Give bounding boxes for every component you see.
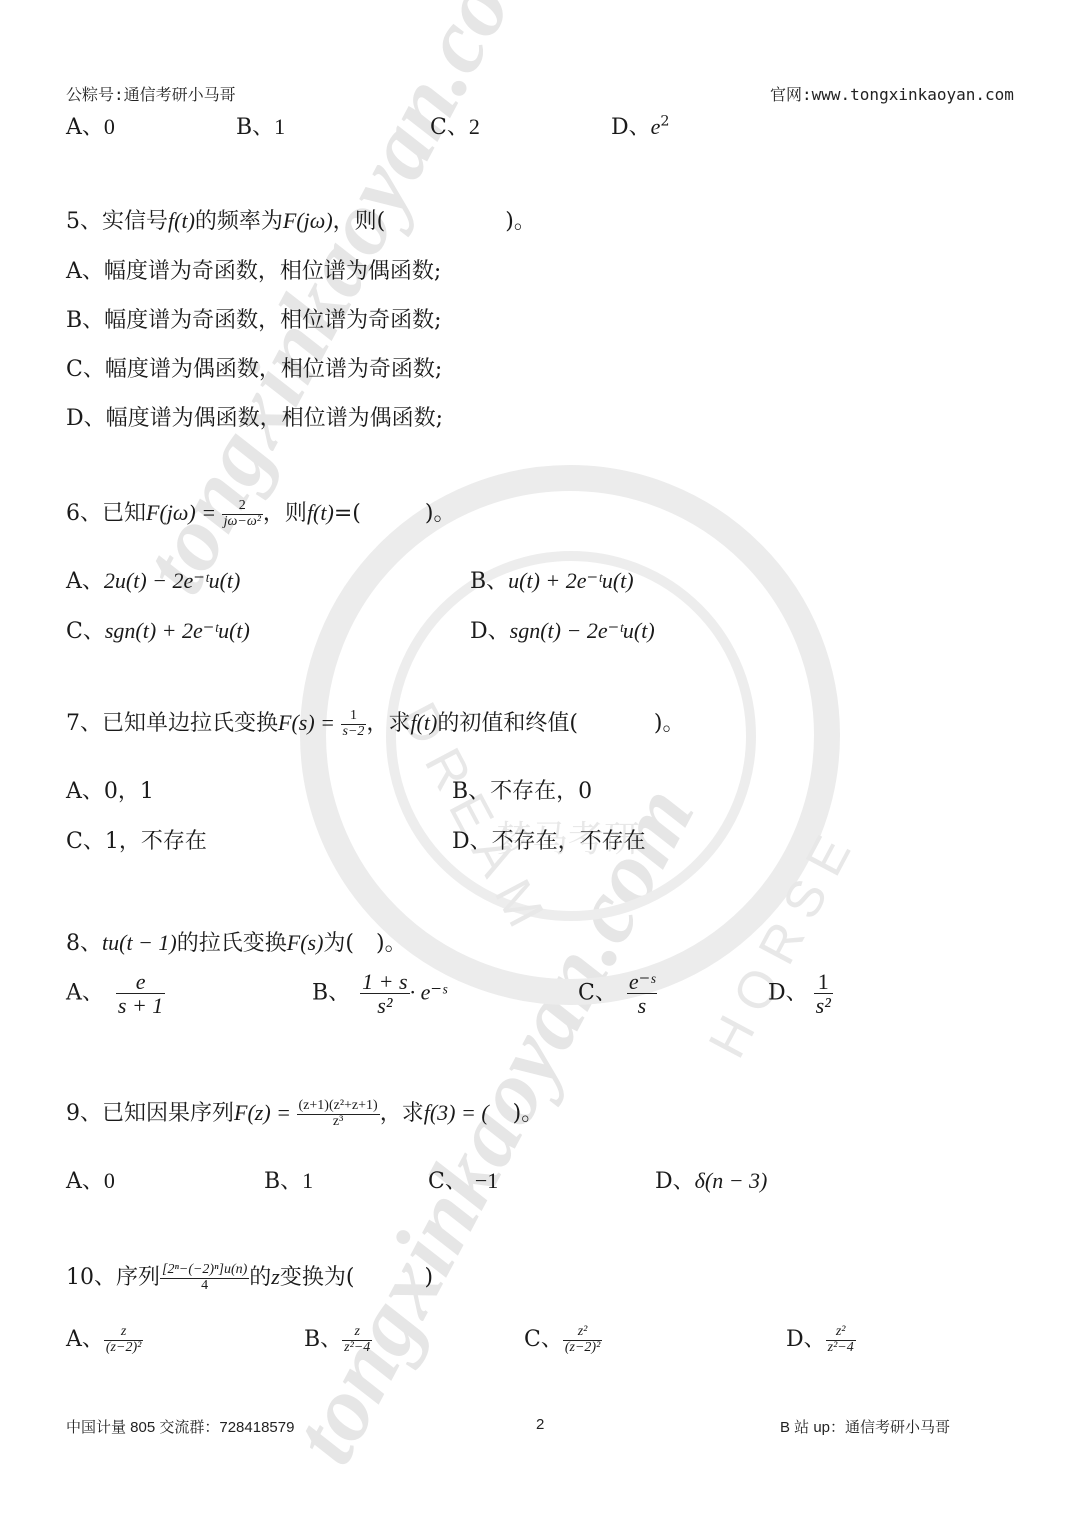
question-7: 7、已知单边拉氏变换F(s) = 1s−2，求f(t)的初值和终值()。 <box>66 706 685 739</box>
fraction-numerator: 2 <box>222 499 263 515</box>
math-fraction: zz²−4 <box>342 1325 372 1355</box>
option-label: A、 <box>66 115 104 140</box>
footer-left: 中国计量 805 交流群：728418579 <box>66 1416 294 1437</box>
q8-option-d: D、1s² <box>768 970 833 1017</box>
question-text: 变换为( <box>280 1265 355 1290</box>
math-expression: F(s) <box>287 930 324 955</box>
q9-option-d: D、δ(n − 3) <box>655 1164 767 1195</box>
question-text: ) <box>424 1265 433 1290</box>
fraction-numerator: (z+1)(z²+z+1) <box>297 1099 380 1115</box>
question-number: 5、 <box>66 209 102 234</box>
question-text: )。 <box>654 711 685 736</box>
question-text: )。 <box>513 1101 544 1126</box>
question-text: ，求 <box>366 711 410 736</box>
question-number: 7、 <box>66 711 102 736</box>
option-value: 1 <box>274 114 285 139</box>
math-fraction: 1s² <box>814 970 833 1017</box>
option-value: sgn(t) − 2e⁻ᵗu(t) <box>510 618 655 643</box>
math-fraction: e⁻ˢs <box>627 970 657 1017</box>
question-text: ，求 <box>380 1101 424 1126</box>
question-text: 的频率为 <box>195 209 283 234</box>
question-text: 实信号 <box>102 209 168 234</box>
q5-option-a: A、幅度谱为奇函数，相位谱为偶函数; <box>66 254 441 285</box>
option-value: 1，不存在 <box>105 829 207 854</box>
math-fraction: es + 1 <box>116 970 165 1017</box>
option-label: C、 <box>430 115 469 140</box>
q7-option-d: D、不存在，不存在 <box>452 824 646 855</box>
question-number: 9、 <box>66 1101 102 1126</box>
option-label: B、 <box>264 1169 302 1194</box>
question-number: 8、 <box>66 931 102 956</box>
option-value: e <box>651 114 661 139</box>
prev-option-d: D、e2 <box>611 110 670 141</box>
option-value: 2u(t) − 2e⁻ᵗu(t) <box>104 568 240 593</box>
math-expression: f(t) <box>307 500 334 525</box>
option-label: A、 <box>66 779 104 804</box>
q10-option-d: D、z²z²−4 <box>786 1322 856 1355</box>
question-8: 8、tu(t − 1)的拉氏变换F(s)为()。 <box>66 926 407 957</box>
math-expression: F(jω) <box>283 208 333 233</box>
header-left: 公粽号:通信考研小马哥 <box>66 82 236 105</box>
math-fraction: 1 + ss² <box>360 970 409 1017</box>
question-text: ，则 <box>263 501 307 526</box>
math-fraction: [2ⁿ−(−2)ⁿ]u(n)4 <box>160 1263 249 1293</box>
fraction-numerator: e⁻ˢ <box>627 970 657 994</box>
q6-option-a: A、2u(t) − 2e⁻ᵗu(t) <box>66 564 240 595</box>
fraction-denominator: z³ <box>297 1115 380 1130</box>
fraction-numerator: 1 + s <box>360 970 409 994</box>
math-fraction: z²z²−4 <box>826 1325 856 1355</box>
fraction-denominator: s <box>627 994 657 1017</box>
math-fraction: 1s−2 <box>341 709 367 739</box>
q7-option-c: C、1，不存在 <box>66 824 207 855</box>
q9-option-c: C、−1 <box>428 1164 498 1195</box>
option-label: B、 <box>236 115 274 140</box>
fraction-denominator: s−2 <box>341 725 367 740</box>
math-expression: f(t) <box>410 710 437 735</box>
question-text: =( <box>334 501 361 526</box>
question-text: 的 <box>249 1265 271 1290</box>
math-expression: F(z) = <box>234 1100 297 1125</box>
fraction-numerator: 1 <box>814 970 833 994</box>
option-label: C、 <box>428 1169 467 1194</box>
question-text: ，则( <box>333 209 386 234</box>
fraction-denominator: (z−2)² <box>104 1341 143 1356</box>
fraction-numerator: [2ⁿ−(−2)ⁿ]u(n) <box>160 1263 249 1279</box>
question-text: 为( <box>323 931 354 956</box>
footer-right: B 站 up：通信考研小马哥 <box>780 1416 950 1437</box>
option-label: C、 <box>66 619 105 644</box>
watermark-seal-right-text: HORSE <box>697 814 870 1067</box>
question-number: 10、 <box>66 1265 116 1290</box>
prev-option-a: A、0 <box>66 110 115 141</box>
math-expression: F(jω) = <box>146 500 222 525</box>
question-number: 6、 <box>66 501 102 526</box>
q10-option-a: A、z(z−2)² <box>66 1322 143 1355</box>
option-value: −1 <box>475 1168 498 1193</box>
q5-option-c: C、幅度谱为偶函数，相位谱为奇函数; <box>66 352 442 383</box>
q6-option-c: C、sgn(t) + 2e⁻ᵗu(t) <box>66 614 250 645</box>
math-expression: f(3) = ( <box>424 1100 489 1125</box>
q5-option-b: B、幅度谱为奇函数，相位谱为奇函数; <box>66 303 442 334</box>
math-expression: · e⁻ˢ <box>410 980 447 1005</box>
option-label: D、 <box>655 1169 695 1194</box>
question-text: 已知 <box>102 501 146 526</box>
option-label: D、 <box>470 619 510 644</box>
q7-option-a: A、0，1 <box>66 774 154 805</box>
page-number: 2 <box>536 1416 544 1433</box>
option-label: B、 <box>312 981 350 1006</box>
option-label: A、 <box>66 981 104 1006</box>
q10-option-b: B、zz²−4 <box>304 1322 372 1355</box>
q6-option-b: B、u(t) + 2e⁻ᵗu(t) <box>470 564 634 595</box>
option-label: D、 <box>786 1327 826 1352</box>
math-expression: f(t) <box>168 208 195 233</box>
option-value: 不存在，不存在 <box>492 829 646 854</box>
option-label: B、 <box>304 1327 342 1352</box>
fraction-numerator: z² <box>826 1325 856 1341</box>
question-text: 的初值和终值( <box>437 711 578 736</box>
option-value: 1 <box>302 1168 313 1193</box>
q8-option-a: A、es + 1 <box>66 970 165 1017</box>
q9-option-b: B、1 <box>264 1164 313 1195</box>
option-label: C、 <box>578 981 617 1006</box>
fraction-denominator: jω−ω² <box>222 515 263 530</box>
question-10: 10、序列[2ⁿ−(−2)ⁿ]u(n)4的z变换为() <box>66 1260 433 1293</box>
fraction-numerator: 1 <box>341 709 367 725</box>
q9-option-a: A、0 <box>66 1164 115 1195</box>
math-expression: tu(t − 1) <box>102 930 177 955</box>
math-fraction: z²(z−2)² <box>563 1325 602 1355</box>
fraction-denominator: (z−2)² <box>563 1341 602 1356</box>
q8-option-c: C、e⁻ˢs <box>578 970 657 1017</box>
option-value: 2 <box>469 114 480 139</box>
question-5: 5、实信号f(t)的频率为F(jω)，则()。 <box>66 204 536 235</box>
question-text: 的拉氏变换 <box>177 931 287 956</box>
fraction-denominator: s + 1 <box>116 994 165 1017</box>
option-label: B、 <box>452 779 490 804</box>
option-label: D、 <box>611 115 651 140</box>
option-label: D、 <box>768 981 808 1006</box>
option-label: D、 <box>452 829 492 854</box>
option-value: sgn(t) + 2e⁻ᵗu(t) <box>105 618 250 643</box>
option-label: A、 <box>66 1169 104 1194</box>
math-fraction: z(z−2)² <box>104 1325 143 1355</box>
q6-option-d: D、sgn(t) − 2e⁻ᵗu(t) <box>470 614 655 645</box>
option-exponent: 2 <box>660 114 669 130</box>
option-value: 0，1 <box>104 779 154 804</box>
question-9: 9、已知因果序列F(z) = (z+1)(z²+z+1)z³，求f(3) = (… <box>66 1096 543 1129</box>
fraction-numerator: e <box>116 970 165 994</box>
question-text: )。 <box>505 209 536 234</box>
question-text: 已知因果序列 <box>102 1101 234 1126</box>
question-text: )。 <box>425 501 456 526</box>
math-fraction: (z+1)(z²+z+1)z³ <box>297 1099 380 1129</box>
option-label: C、 <box>66 829 105 854</box>
prev-option-b: B、1 <box>236 110 285 141</box>
prev-option-c: C、2 <box>430 110 480 141</box>
header-right: 官网:www.tongxinkaoyan.com <box>770 82 1014 105</box>
question-6: 6、已知F(jω) = 2jω−ω²，则f(t)=()。 <box>66 496 455 529</box>
fraction-denominator: s² <box>360 994 409 1017</box>
math-expression: z <box>271 1264 280 1289</box>
fraction-numerator: z <box>104 1325 143 1341</box>
option-value: 0 <box>104 114 115 139</box>
fraction-denominator: s² <box>814 994 833 1017</box>
fraction-numerator: z <box>342 1325 372 1341</box>
fraction-numerator: z² <box>563 1325 602 1341</box>
q7-option-b: B、不存在，0 <box>452 774 592 805</box>
option-value: u(t) + 2e⁻ᵗu(t) <box>508 568 633 593</box>
option-value: 0 <box>104 1168 115 1193</box>
math-expression: F(s) = <box>278 710 341 735</box>
fraction-denominator: z²−4 <box>342 1341 372 1356</box>
option-label: A、 <box>66 569 104 594</box>
q5-option-d: D、幅度谱为偶函数，相位谱为偶函数; <box>66 401 443 432</box>
question-text: )。 <box>376 931 407 956</box>
question-text: 已知单边拉氏变换 <box>102 711 278 736</box>
question-text: 序列 <box>116 1265 160 1290</box>
q10-option-c: C、z²(z−2)² <box>524 1322 602 1355</box>
q8-option-b: B、1 + ss²· e⁻ˢ <box>312 970 447 1017</box>
math-fraction: 2jω−ω² <box>222 499 263 529</box>
fraction-denominator: z²−4 <box>826 1341 856 1356</box>
option-value: δ(n − 3) <box>695 1168 768 1193</box>
option-label: A、 <box>66 1327 104 1352</box>
option-label: C、 <box>524 1327 563 1352</box>
fraction-denominator: 4 <box>160 1279 249 1294</box>
option-value: 不存在，0 <box>490 779 592 804</box>
option-label: B、 <box>470 569 508 594</box>
